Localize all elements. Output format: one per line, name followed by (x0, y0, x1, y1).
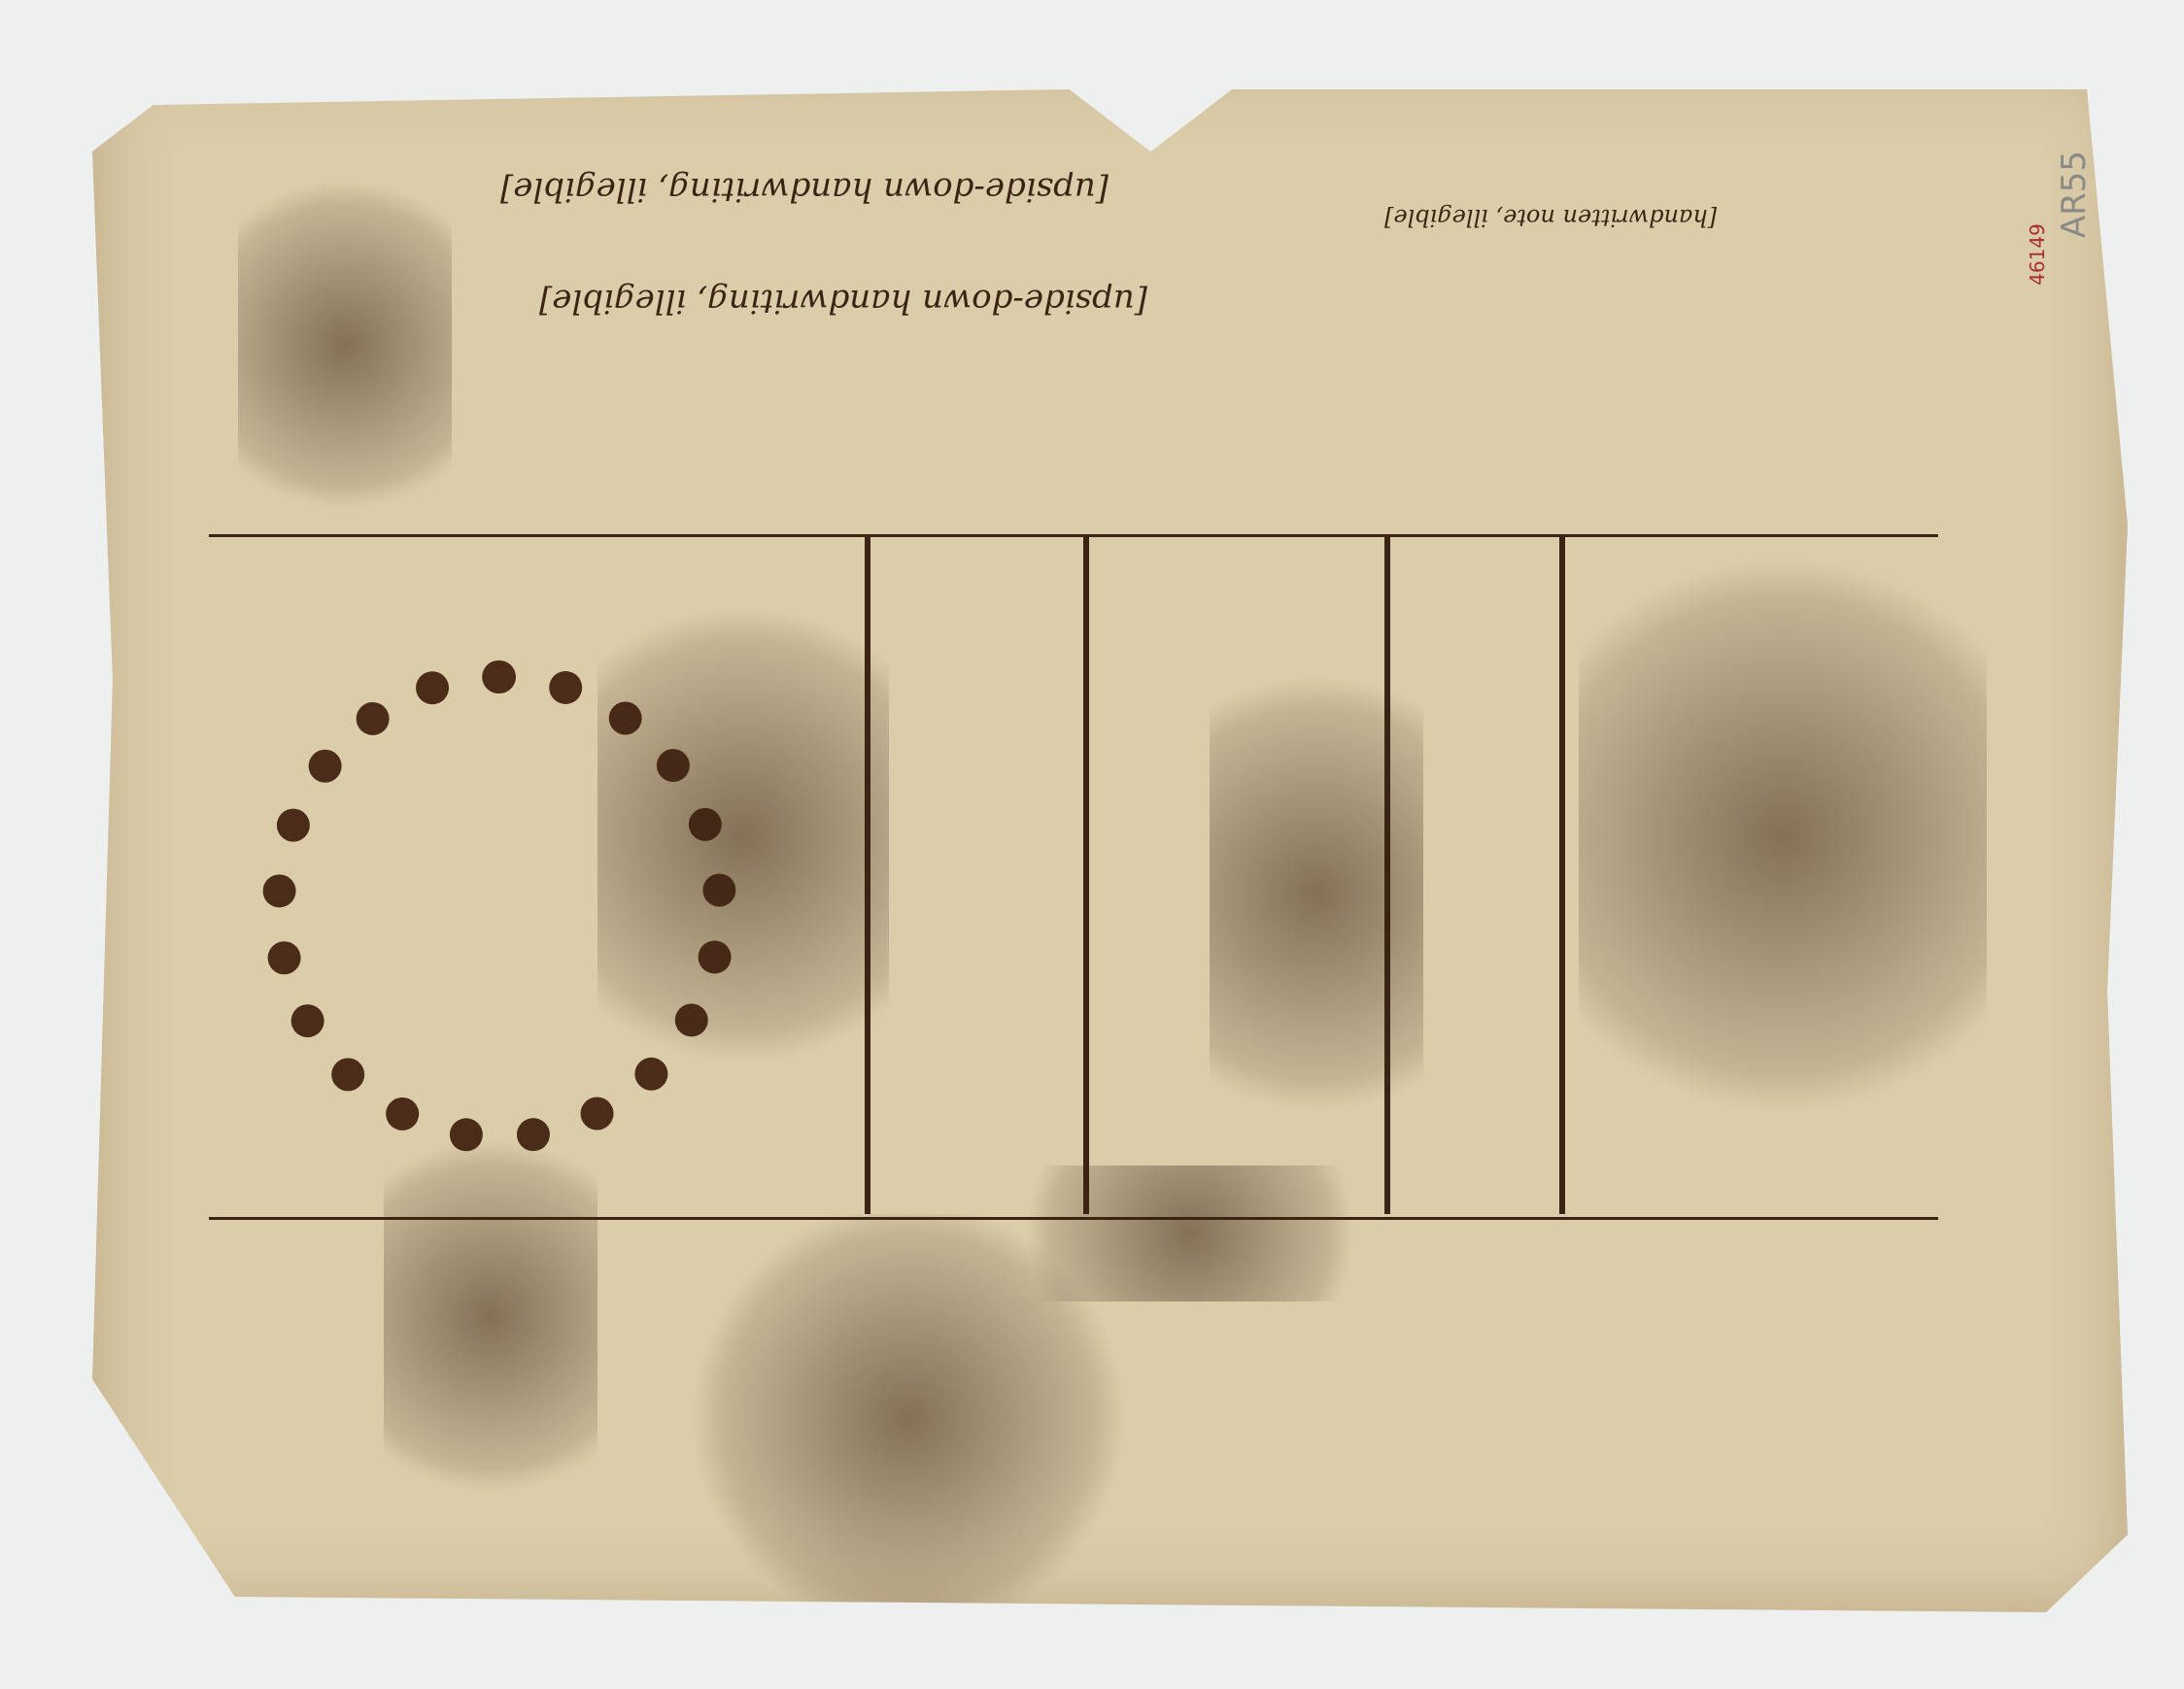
frieze-divider (1559, 534, 1565, 1214)
top-garland-sketch (238, 136, 452, 554)
scroll-ornament-sketch (967, 1165, 1414, 1301)
side-note: [handwritten note, illegible] (1384, 204, 1717, 231)
drawing-sheet: [upside-down handwriting, illegible] [up… (92, 58, 2128, 1612)
hanging-garland-sketch (384, 1088, 597, 1544)
inscription-line-1: [upside-down handwriting, illegible] (500, 170, 1109, 209)
inscription-line-2: [upside-down handwriting, illegible] (539, 282, 1147, 321)
garland-sketch (597, 544, 889, 1127)
figure-group-sketch (1579, 495, 1987, 1175)
catalog-number: 46149 (2026, 223, 2049, 286)
frieze-divider (1083, 534, 1089, 1214)
pencil-mark: AR55 (2055, 151, 2094, 238)
figures-panel-sketch (1210, 602, 1423, 1185)
